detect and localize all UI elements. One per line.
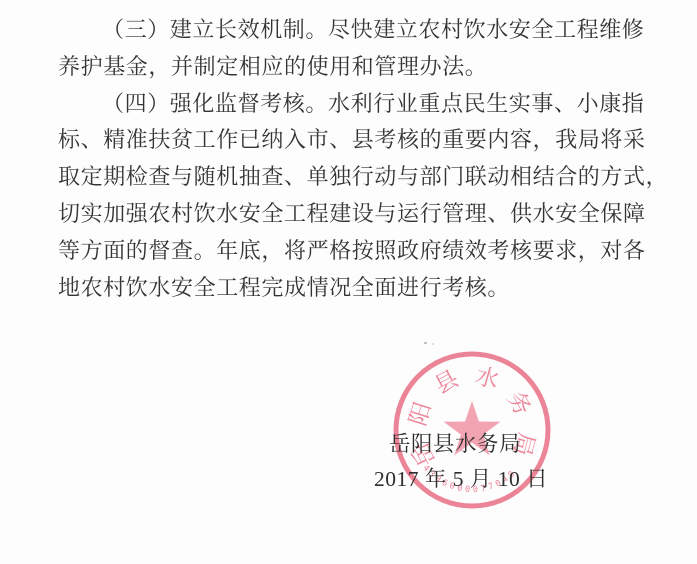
signature-date: 2017 年 5 月 10 日 xyxy=(374,462,548,493)
seal-arc-char: 务 xyxy=(502,387,535,419)
seal-arc-char: 县 xyxy=(430,366,462,399)
seal-arc-char: 阳 xyxy=(405,399,436,428)
document-body: （三）建立长效机制。尽快建立农村饮水安全工程维修 养护基金，并制定相应的使用和管… xyxy=(58,12,673,306)
document-line: 等方面的督查。年底，将严格按照政府绩效考核要求，对各 xyxy=(58,233,673,270)
scanned-document-page: （三）建立长效机制。尽快建立农村饮水安全工程维修 养护基金，并制定相应的使用和管… xyxy=(0,0,697,564)
document-line: （四）强化监督考核。水利行业重点民生实事、小康指 xyxy=(58,86,673,123)
document-line: 切实加强农村饮水安全工程建设与运行管理、供水安全保障 xyxy=(58,196,673,233)
signature-agency: 岳阳县水务局 xyxy=(389,427,521,458)
document-line: 标、精准扶贫工作已纳入市、县考核的重要内容，我局将采 xyxy=(58,122,673,159)
scan-speck xyxy=(424,342,427,344)
document-line: 养护基金，并制定相应的使用和管理办法。 xyxy=(58,49,673,86)
seal-arc-char: 水 xyxy=(473,363,502,393)
scan-speck xyxy=(432,343,434,345)
document-line: 取定期检查与随机抽查、单独行动与部门联动相结合的方式， xyxy=(58,159,673,196)
document-line: （三）建立长效机制。尽快建立农村饮水安全工程维修 xyxy=(58,12,673,49)
document-line: 地农村饮水安全工程完成情况全面进行考核。 xyxy=(58,270,673,307)
